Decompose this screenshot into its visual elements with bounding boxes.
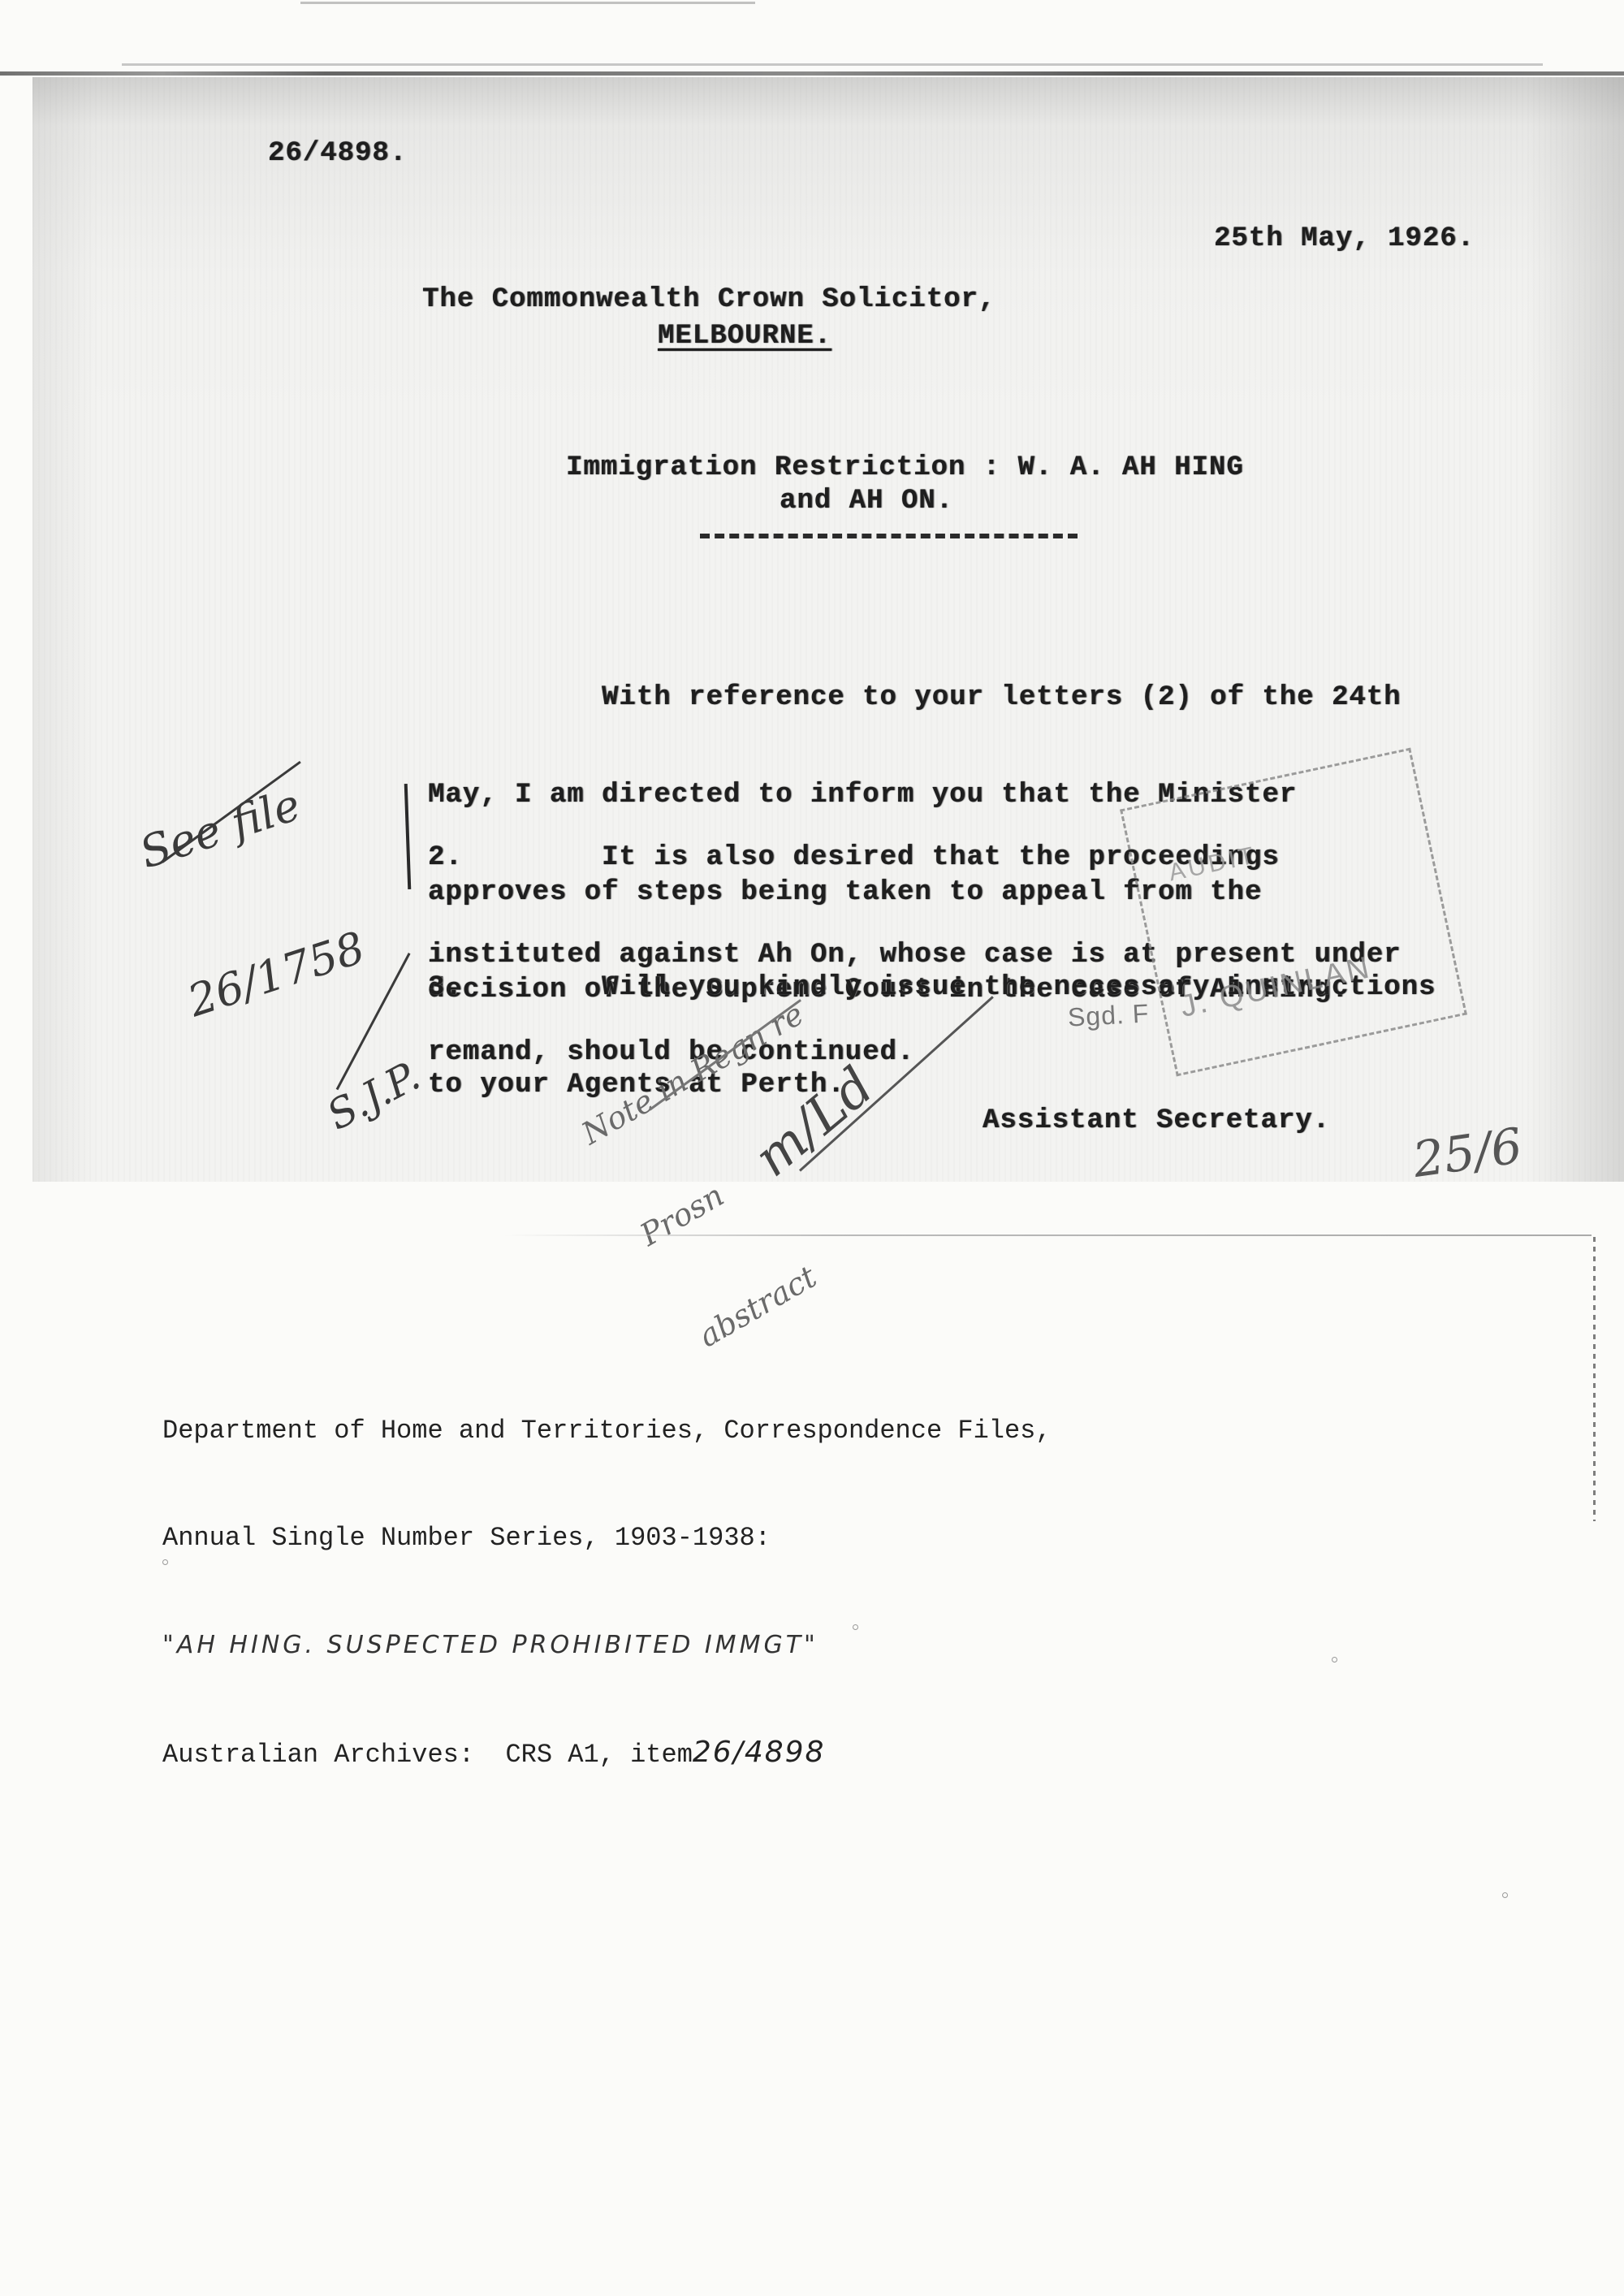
scan-artifact-line [300,2,755,4]
addressee-city: MELBOURNE. [658,321,831,352]
scan-speck [162,1559,168,1565]
photocopied-letter: 26/4898. 25th May, 1926. The Commonwealt… [32,77,1624,1182]
stamp-name: J. QUINLAN [1177,950,1375,1025]
subject-underline [700,534,1078,538]
scan-speck [1332,1657,1337,1663]
caption-card-right-edge [1593,1237,1596,1521]
handwritten-see-file-note: See file 26/1758 [101,675,404,1126]
caption-handwritten-title: "AH HING. SUSPECTED PROHIBITED IMMGT" [162,1628,1052,1663]
caption-item-number: 26/4898 [693,1736,826,1769]
caption-archive-reference: Australian Archives: CRS A1, item [162,1740,693,1770]
signed-prefix: Sgd. F [1067,998,1150,1032]
scan-speck [853,1624,858,1630]
margin-mark [404,784,412,889]
caption-card-top-edge [503,1234,1592,1236]
paragraph-1-line: With reference to your letters (2) of th… [428,681,1402,714]
archive-caption: Department of Home and Territories, Corr… [162,1342,1052,1809]
caption-line-4: Australian Archives: CRS A1, item26/4898 [162,1735,1052,1773]
see-file-line-1: See file [134,773,323,879]
addressee-title: The Commonwealth Crown Solicitor, [422,284,996,315]
stamp-top-text: AUDIT [1166,841,1259,887]
letter-date: 25th May, 1926. [1214,223,1475,254]
see-file-line-2: 26/1758 [182,922,371,1027]
signatory-title: Assistant Secretary. [983,1105,1330,1136]
copy-top-edge [0,71,1624,76]
caption-line-1: Department of Home and Territories, Corr… [162,1413,1052,1449]
subject-line-2: and AH ON. [780,486,953,517]
minute-line-3: abstract [692,1197,927,1356]
scan-speck [1502,1892,1508,1898]
copy-edge-shadow [122,63,1543,66]
subject-line-1: Immigration Restriction : W. A. AH HING [566,452,1244,483]
file-reference-number: 26/4898. [268,138,407,169]
caption-line-2: Annual Single Number Series, 1903-1938: [162,1520,1052,1556]
